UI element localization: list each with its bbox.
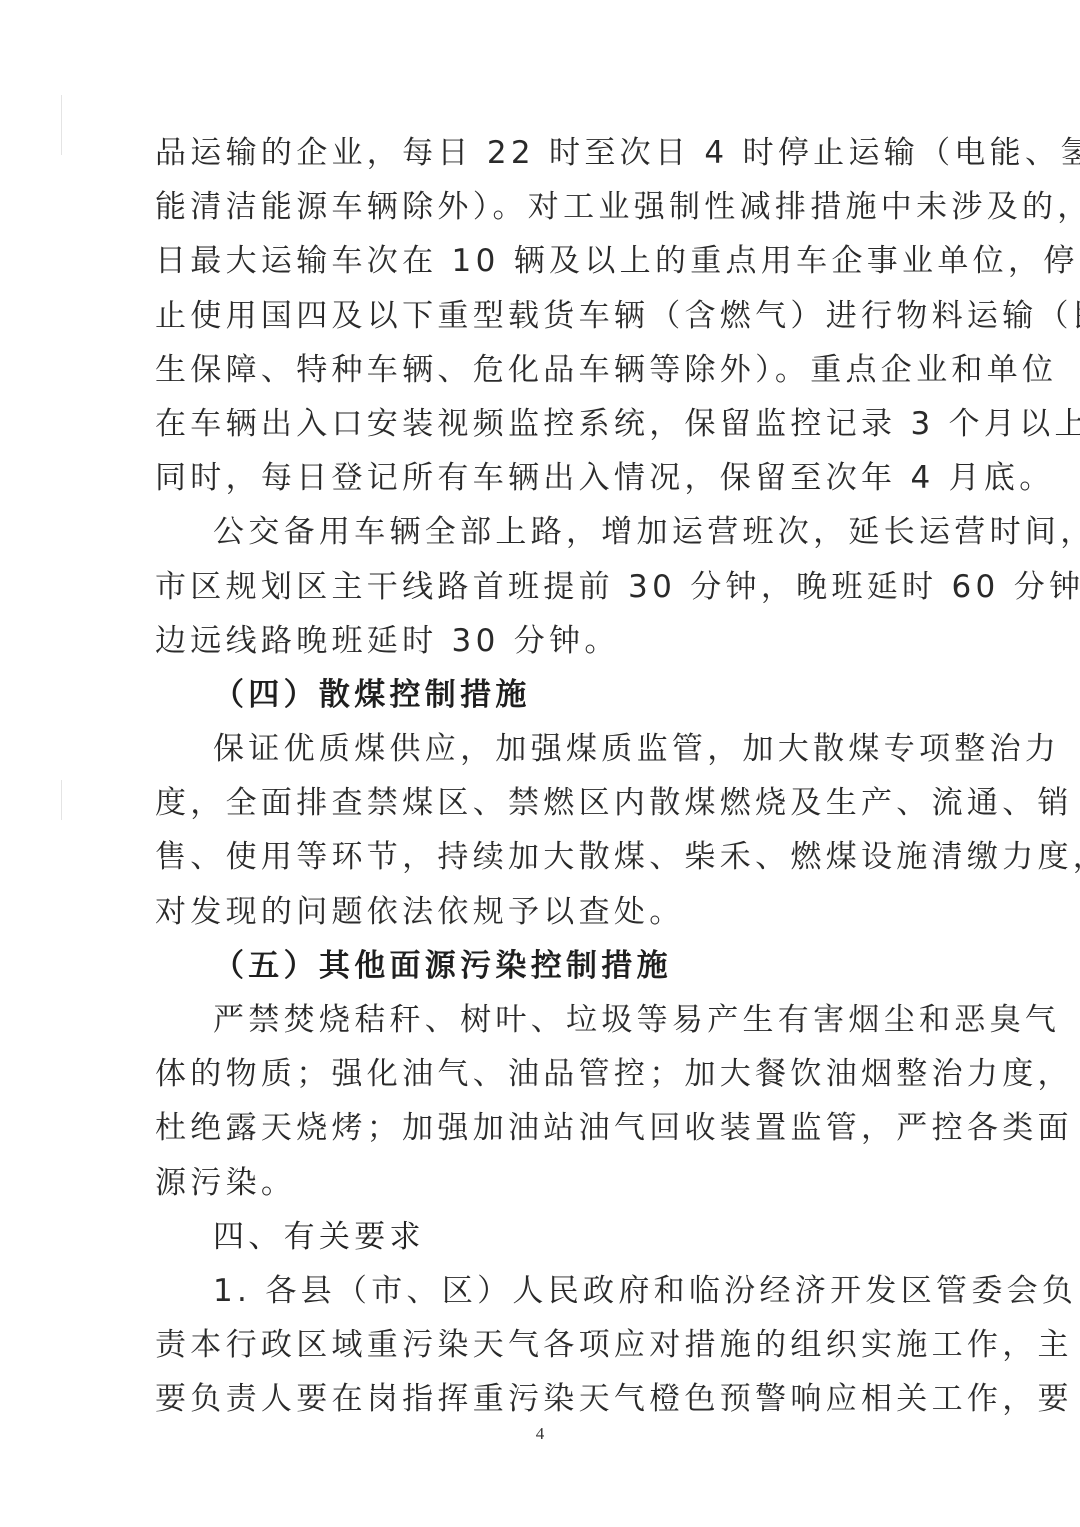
section-heading-requirements: 四、有关要求 [155, 1210, 915, 1264]
text-line: 要负责人要在岗指挥重污染天气橙色预警响应相关工作，要 [155, 1372, 915, 1426]
page-number: 4 [0, 1424, 1080, 1444]
text-line: 能清洁能源车辆除外）。对工业强制性减排措施中未涉及的， [155, 180, 915, 234]
text-line: 源污染。 [155, 1156, 915, 1210]
subheading-coal-control: （四）散煤控制措施 [155, 668, 915, 722]
text-line: 在车辆出入口安装视频监控系统，保留监控记录 3 个月以上， [155, 397, 915, 451]
scan-margin-mark [61, 780, 62, 820]
text-line: 保证优质煤供应，加强煤质监管，加大散煤专项整治力 [155, 722, 915, 776]
text-line: 杜绝露天烧烤；加强加油站油气回收装置监管，严控各类面 [155, 1101, 915, 1155]
paragraph-requirement-1: 1. 各县（市、区）人民政府和临汾经济开发区管委会负 责本行政区域重污染天气各项… [155, 1264, 915, 1427]
text-line: 对发现的问题依法依规予以查处。 [155, 885, 915, 939]
text-line: 体的物质；强化油气、油品管控；加大餐饮油烟整治力度， [155, 1047, 915, 1101]
paragraph-coal-control: 保证优质煤供应，加强煤质监管，加大散煤专项整治力 度，全面排查禁煤区、禁燃区内散… [155, 722, 915, 939]
text-line: 品运输的企业，每日 22 时至次日 4 时停止运输（电能、氢 [155, 126, 915, 180]
text-line: 日最大运输车次在 10 辆及以上的重点用车企事业单位，停 [155, 234, 915, 288]
paragraph-public-transit: 公交备用车辆全部上路，增加运营班次，延长运营时间， 市区规划区主干线路首班提前 … [155, 505, 915, 668]
text-line: 同时，每日登记所有车辆出入情况，保留至次年 4 月底。 [155, 451, 915, 505]
document-page-body: 品运输的企业，每日 22 时至次日 4 时停止运输（电能、氢 能清洁能源车辆除外… [155, 126, 915, 1427]
text-line: 严禁焚烧秸秆、树叶、垃圾等易产生有害烟尘和恶臭气 [155, 993, 915, 1047]
text-line: 生保障、特种车辆、危化品车辆等除外）。重点企业和单位 [155, 343, 915, 397]
text-line: 度，全面排查禁煤区、禁燃区内散煤燃烧及生产、流通、销 [155, 776, 915, 830]
subheading-area-source-control: （五）其他面源污染控制措施 [155, 939, 915, 993]
paragraph-area-source-control: 严禁焚烧秸秆、树叶、垃圾等易产生有害烟尘和恶臭气 体的物质；强化油气、油品管控；… [155, 993, 915, 1210]
scan-margin-mark [61, 95, 62, 155]
text-line: 1. 各县（市、区）人民政府和临汾经济开发区管委会负 [155, 1264, 915, 1318]
text-line: 边远线路晚班延时 30 分钟。 [155, 614, 915, 668]
text-line: 责本行政区域重污染天气各项应对措施的组织实施工作，主 [155, 1318, 915, 1372]
text-line: 售、使用等环节，持续加大散煤、柴禾、燃煤设施清缴力度， [155, 830, 915, 884]
paragraph-vehicle-restrictions: 品运输的企业，每日 22 时至次日 4 时停止运输（电能、氢 能清洁能源车辆除外… [155, 126, 915, 505]
text-line: 公交备用车辆全部上路，增加运营班次，延长运营时间， [155, 505, 915, 559]
text-line: 止使用国四及以下重型载货车辆（含燃气）进行物料运输（民 [155, 289, 915, 343]
text-line: 市区规划区主干线路首班提前 30 分钟，晚班延时 60 分钟； [155, 560, 915, 614]
